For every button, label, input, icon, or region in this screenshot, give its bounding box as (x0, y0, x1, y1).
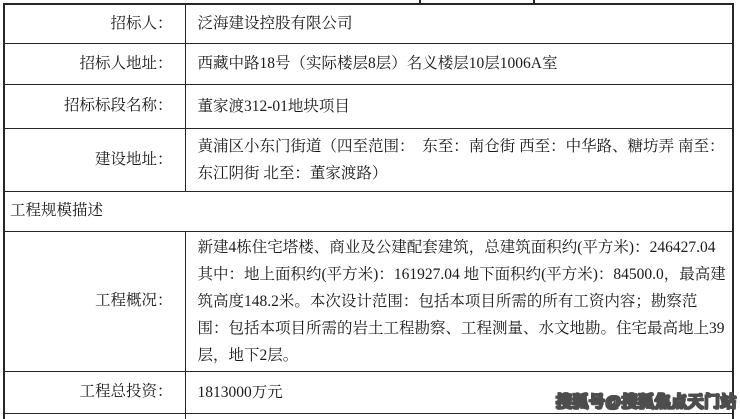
field-value-construction-address: 黄浦区小东门街道（四至范围： 东至：南仓街 西至：中华路、糖坊弄 南至：东江阴街… (185, 128, 733, 191)
table-row-construction-address: 建设地址： 黄浦区小东门街道（四至范围： 东至：南仓街 西至：中华路、糖坊弄 南… (4, 128, 733, 191)
field-label-total-investment: 工程总投资： (4, 371, 185, 413)
field-value-bidder-address: 西藏中路18号（实际楼层8层）名义楼层10层1006A室 (185, 43, 733, 84)
field-label-bidder: 招标人： (4, 4, 185, 43)
table-row-cropped-bottom (4, 413, 733, 419)
field-value-section-name: 董家渡312-01地块项目 (185, 84, 733, 128)
table-row-section-name: 招标标段名称： 董家渡312-01地块项目 (4, 84, 733, 128)
section-header-project-scale: 工程规模描述 (4, 191, 733, 231)
table-row-bidder-address: 招标人地址： 西藏中路18号（实际楼层8层）名义楼层10层1006A室 (4, 43, 733, 84)
field-value-project-overview: 新建4栋住宅塔楼、商业及公建配套建筑，总建筑面积约(平方米)：246427.04… (185, 231, 733, 371)
field-label-project-overview: 工程概况： (4, 231, 185, 371)
sohu-watermark: 搜狐号@搜狐焦点天门站 (556, 389, 737, 412)
table-row-bidder: 招标人： 泛海建设控股有限公司 (4, 4, 733, 43)
field-label-section-name: 招标标段名称： (4, 84, 185, 128)
table-row-scale-header: 工程规模描述 (4, 191, 733, 231)
cropped-cell (185, 413, 733, 419)
field-value-bidder: 泛海建设控股有限公司 (185, 4, 733, 43)
field-label-bidder-address: 招标人地址： (4, 43, 185, 84)
cropped-cell (4, 413, 185, 419)
document-page: 招标人： 泛海建设控股有限公司 招标人地址： 西藏中路18号（实际楼层8层）名义… (0, 0, 740, 419)
bid-info-table: 招标人： 泛海建设控股有限公司 招标人地址： 西藏中路18号（实际楼层8层）名义… (3, 3, 734, 419)
field-label-construction-address: 建设地址： (4, 128, 185, 191)
table-row-project-overview: 工程概况： 新建4栋住宅塔楼、商业及公建配套建筑，总建筑面积约(平方米)：246… (4, 231, 733, 371)
